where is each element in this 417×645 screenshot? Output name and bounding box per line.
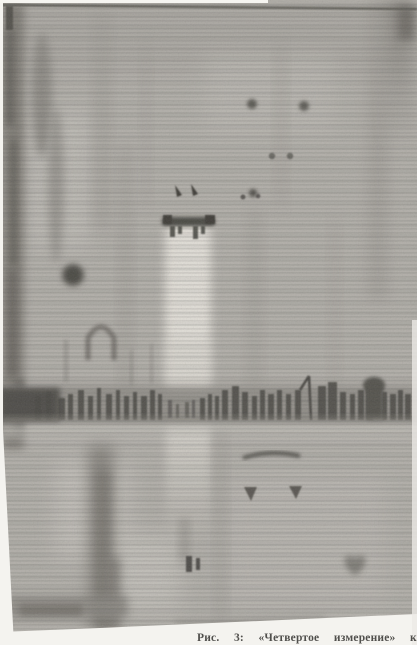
halftone-figure <box>0 0 417 645</box>
figure-caption: Рис. 3: «Четвертое измерение» карт <box>197 632 417 644</box>
caption-title-part2: измерение» <box>334 632 396 644</box>
painting-scan-image <box>0 0 417 645</box>
caption-figure-number: 3: <box>234 632 244 644</box>
scanned-page: Рис. 3: «Четвертое измерение» карт <box>0 0 417 645</box>
caption-label: Рис. <box>197 632 219 644</box>
caption-title-part1: «Четвертое <box>258 632 319 644</box>
caption-trailing-word: карт <box>410 632 417 644</box>
